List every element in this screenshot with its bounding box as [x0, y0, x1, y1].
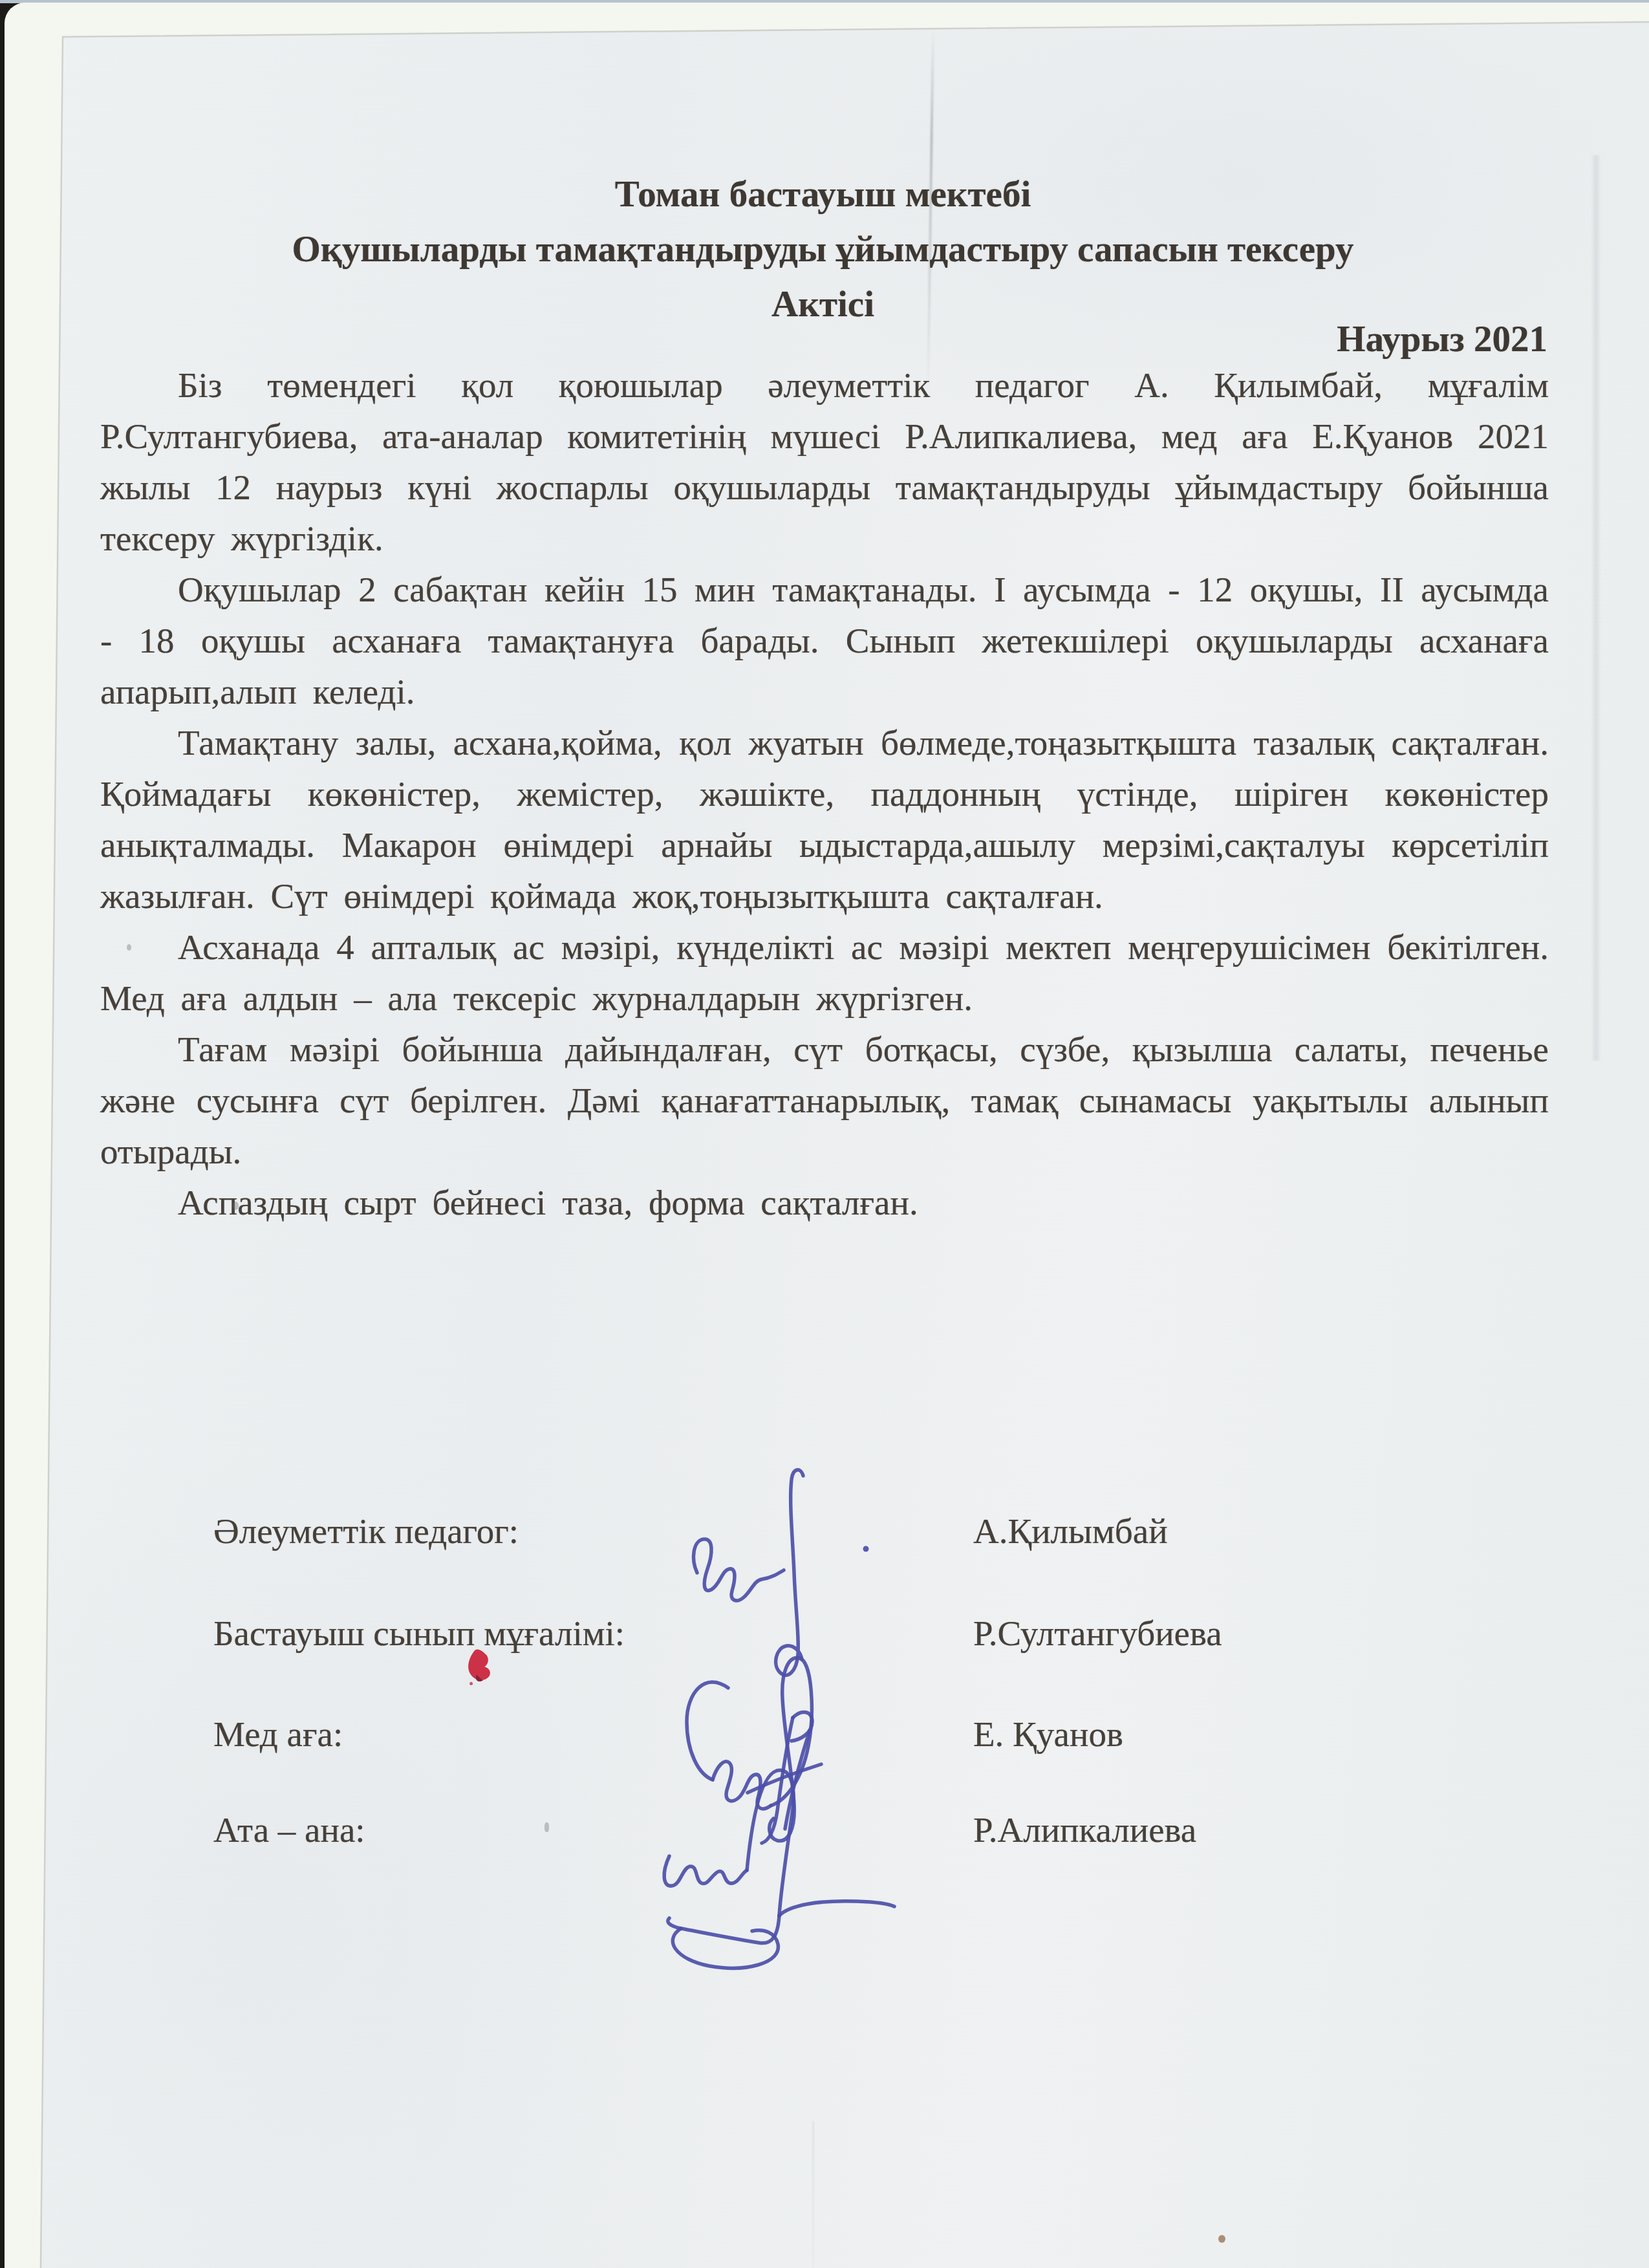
paragraph-food-quality: Тағам мәзірі бойынша дайындалған, сүт бо… [100, 1024, 1549, 1177]
title-subject: Оқушыларды тамақтандыруды ұйымдастыру са… [84, 222, 1562, 277]
paragraph-meal-schedule: Оқушылар 2 сабақтан кейін 15 мин тамақта… [100, 564, 1549, 717]
document-title-block: Томан бастауыш мектебі Оқушыларды тамақт… [84, 167, 1562, 332]
paragraph-introduction: Біз төмендегі қол қоюшылар әлеуметтік пе… [100, 360, 1549, 564]
scan-speck [1218, 2235, 1225, 2243]
paragraph-menu-approval: Асханада 4 апталық ас мәзірі, күнделікті… [100, 922, 1549, 1024]
red-ink-blot [459, 1643, 498, 1689]
signature-role-label: Әлеуметтік педагог: [213, 1511, 519, 1551]
document-date: Наурыз 2021 [84, 318, 1547, 360]
handwritten-signature-alipkalieva [650, 1746, 921, 1979]
scan-speck [544, 1822, 549, 1832]
signature-name: А.Қилымбай [973, 1511, 1168, 1551]
paragraph-storage-inspection: Тамақтану залы, асхана,қойма, қол жуатын… [100, 717, 1549, 922]
signature-name: Р.Султангубиева [973, 1613, 1222, 1654]
document-content: Томан бастауыш мектебі Оқушыларды тамақт… [0, 0, 1649, 2268]
signature-name: Р.Алипкалиева [973, 1809, 1196, 1850]
signature-role-label: Бастауыш сынып мұғалімі: [213, 1613, 625, 1654]
document-body: Біз төмендегі қол қоюшылар әлеуметтік пе… [100, 360, 1549, 1228]
signature-name: Е. Қуанов [973, 1714, 1123, 1755]
signature-role-label: Мед аға: [213, 1714, 343, 1755]
paragraph-cook-appearance: Аспаздың сырт бейнесі таза, форма сақтал… [100, 1177, 1549, 1228]
title-school-name: Томан бастауыш мектебі [84, 167, 1562, 222]
scanned-document: Томан бастауыш мектебі Оқушыларды тамақт… [0, 0, 1649, 2268]
signature-role-label: Ата – ана: [213, 1809, 365, 1850]
